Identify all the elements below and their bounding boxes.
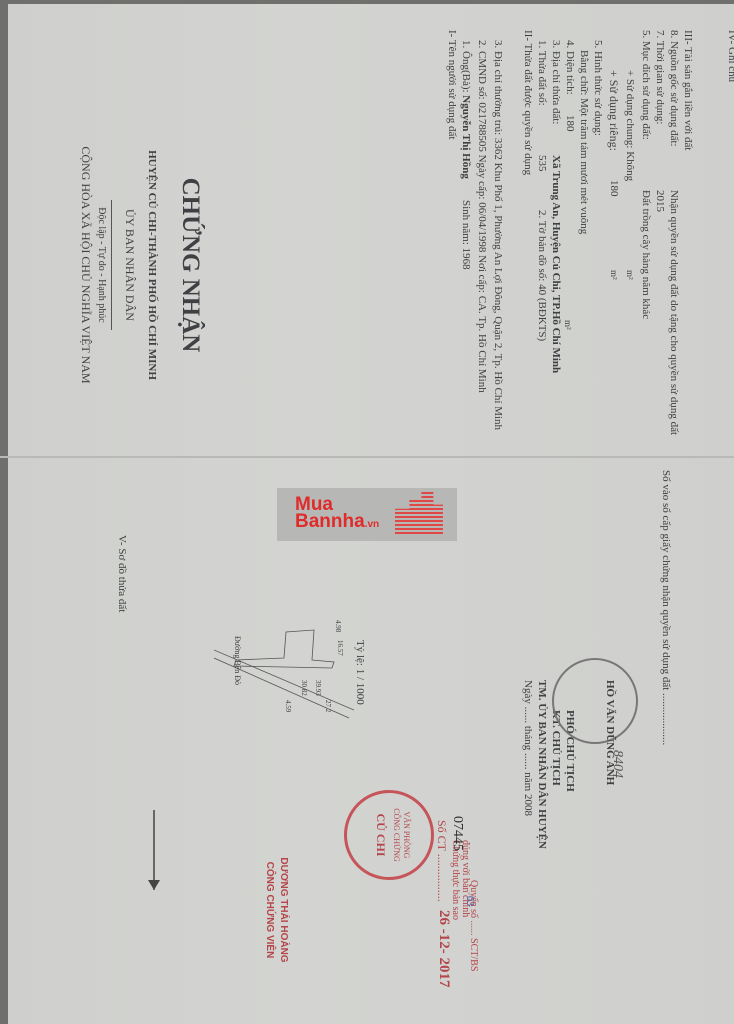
- area-words: Bằng chữ: Một trăm tám mươi mét vuông: [577, 50, 590, 234]
- dim-label: 4.59: [281, 700, 294, 712]
- motto: Độc lập - Tự do - Hạnh phúc: [95, 120, 108, 410]
- area-value: 180: [563, 115, 576, 132]
- parcel-address: Xã Trung An, Huyện Củ Chi, TP.Hồ Chí Min…: [549, 155, 562, 373]
- section-3-heading: III- Tài sản gắn liền với đất: [681, 30, 694, 150]
- handwritten-doc-no: 07445: [451, 816, 464, 851]
- road-label: Đường Bến Đò: [231, 636, 244, 685]
- birth-row: Sinh năm: 1968: [459, 200, 472, 270]
- dim-label: 39.93: [311, 680, 324, 696]
- dim-label: 30.82: [297, 680, 310, 696]
- document-title: CHỨNG NHẬN: [176, 120, 204, 410]
- section-2-heading: II- Thửa đất được quyền sử dụng: [521, 30, 534, 175]
- shared-unit: m²: [623, 270, 636, 280]
- owner-name: Nguyễn Thị Hồng: [460, 95, 472, 179]
- building-icon: [395, 492, 443, 534]
- notary-name: DƯƠNG THÁI HOÀNG: [277, 840, 290, 980]
- map-scale: Tỷ lệ: 1 / 1000: [353, 640, 366, 705]
- nation-title: CỘNG HÒA XÃ HỘI CHỦ NGHĨA VIỆT NAM: [79, 120, 92, 410]
- usage-form-label: 5. Hình thức sử dụng:: [591, 40, 604, 136]
- handwritten-book-no: 03: [463, 896, 476, 906]
- purpose-value: Đất trồng cây hàng năm khác: [639, 190, 652, 319]
- section-4-heading: IV- Ghi chú: [725, 30, 734, 82]
- section-1-heading: I- Tên người sử dụng đất: [445, 30, 458, 140]
- book-number-field: Quyển số ...... SCT/BS: [467, 880, 480, 971]
- birth-year: 1968: [460, 248, 472, 270]
- notary-title: CÔNG CHỨNG VIÊN: [263, 840, 276, 980]
- official-seal: [552, 658, 638, 744]
- signature-date: Ngày ...... tháng ...... năm 2008: [521, 680, 534, 816]
- owner-row: 1. Ông(Bà): Nguyễn Thị Hồng: [459, 40, 472, 179]
- signature-on-behalf: TM. ỦY BAN NHÂN DÂN HUYỆN: [535, 680, 548, 849]
- term-value: 2015: [653, 190, 666, 212]
- certificate-number-field: Số CT ................: [435, 820, 448, 902]
- purpose-label: 5. Mục đích sử dụng đất:: [639, 30, 652, 140]
- dim-label: 16.57: [333, 640, 346, 656]
- area-unit: m²: [561, 320, 574, 330]
- parcel-row: 1. Thửa đất số:: [535, 40, 548, 106]
- parcel-number: 535: [535, 155, 548, 172]
- parcel-address-label: 3. Địa chỉ thửa đất:: [549, 40, 562, 124]
- authority: ỦY BAN NHÂN DÂN: [123, 120, 136, 410]
- pen-arrow: [134, 810, 174, 890]
- dim-label: 4.98: [331, 620, 344, 632]
- district: HUYỆN CỦ CHI-THÀNH PHỐ HỒ CHÍ MINH: [145, 100, 158, 430]
- private-use-label: + Sử dụng riêng:: [607, 70, 620, 151]
- motto-underline: [111, 200, 112, 330]
- watermark-logo: Mua Bannha.vn: [277, 488, 457, 541]
- area-label: 4. Diện tích:: [563, 40, 576, 95]
- watermark-line2: Bannha: [295, 511, 365, 532]
- dim-label: 27.2: [321, 700, 334, 712]
- registry-line: Số vào sổ cấp giấy chứng nhận quyền sử d…: [659, 470, 672, 745]
- origin-value: Nhận quyền sử dụng đất do tặng cho quyền…: [667, 190, 680, 435]
- handwritten-number: 8404: [611, 750, 624, 778]
- address-line: 3. Địa chỉ thường trú: 3362 Khu Phố 1, P…: [491, 40, 504, 430]
- notary-stamp: VĂN PHÒNG CÔNG CHỨNG CỦ CHI: [344, 790, 434, 880]
- shared-use-row: + Sử dụng chung: Không: [623, 70, 636, 181]
- private-unit: m²: [607, 270, 620, 280]
- term-label: 7. Thời gian sử dụng:: [653, 30, 666, 124]
- origin-label: 8. Nguồn gốc sử dụng đất:: [667, 30, 680, 147]
- section-5-heading: V- Sơ đồ thửa đất: [115, 535, 128, 612]
- id-card-line: 2. CMND số: 021788505 Ngày cấp: 06/04/19…: [475, 40, 488, 393]
- notary-date: 26 -12- 2017: [437, 910, 450, 988]
- private-use-value: 180: [607, 180, 620, 197]
- map-sheet-row: 2. Tờ bản đồ số: 40 (BĐKTS): [535, 210, 548, 341]
